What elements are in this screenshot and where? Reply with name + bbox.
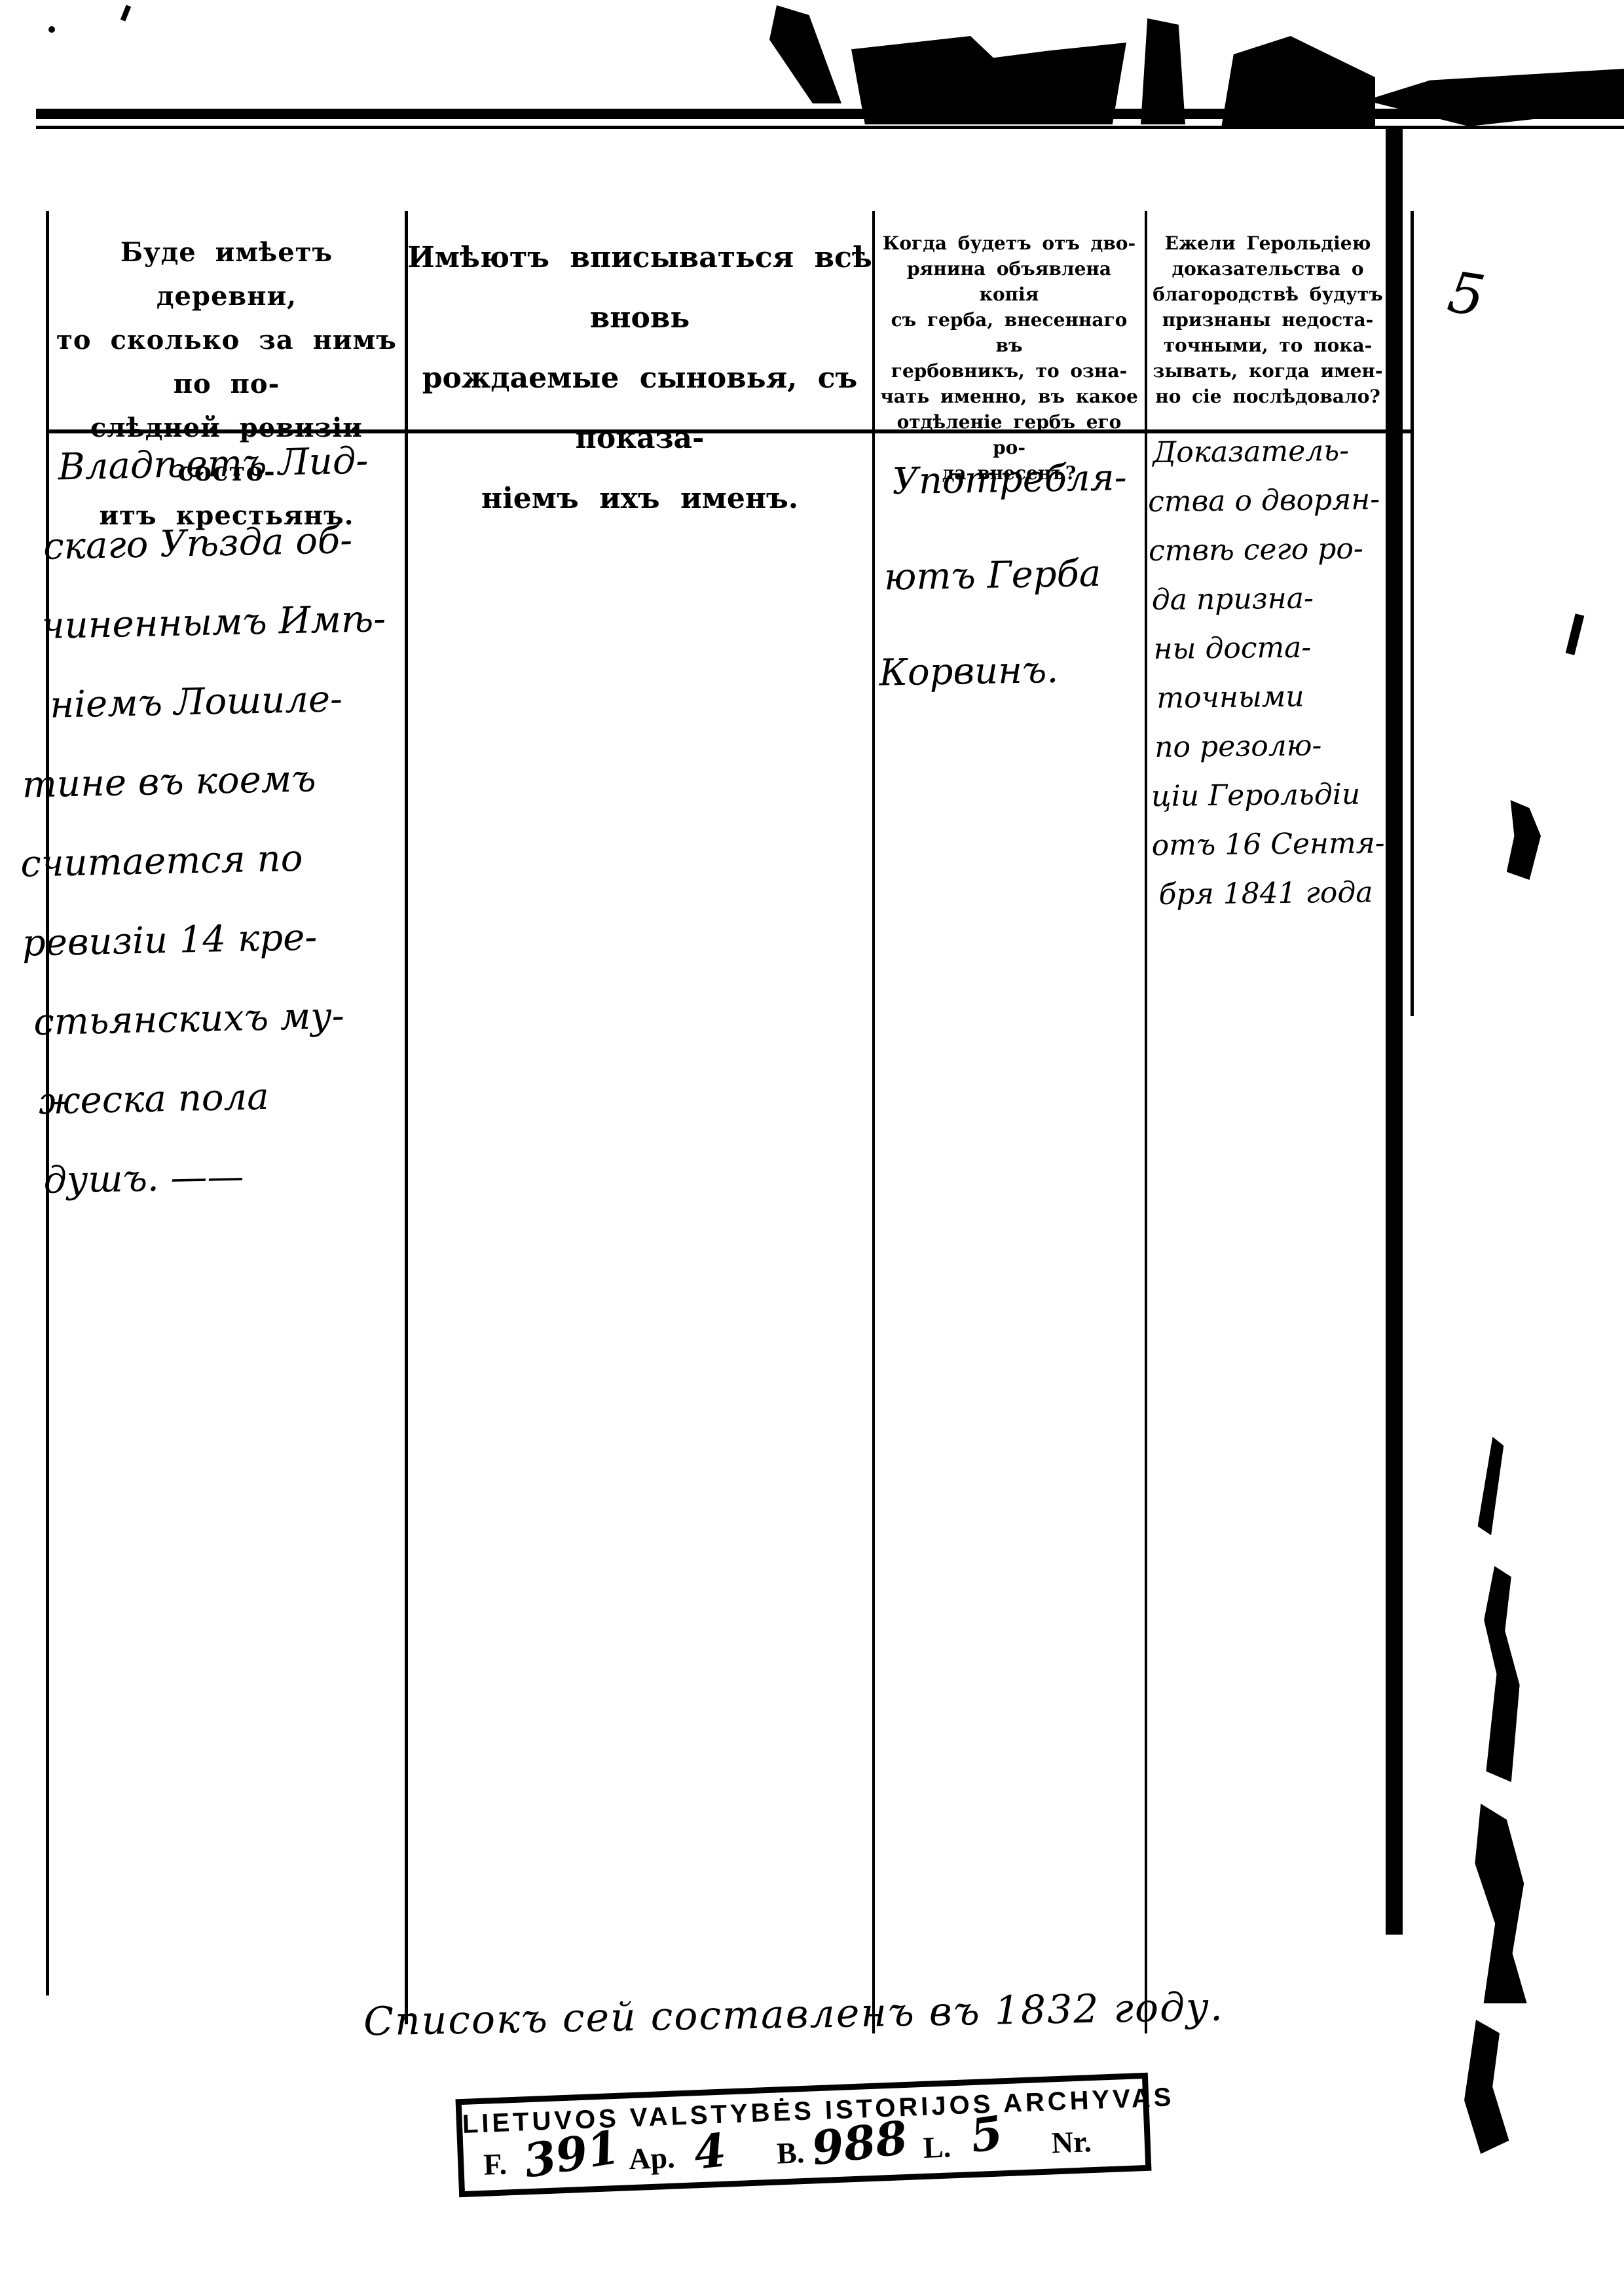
- ink-blot: [1477, 1436, 1509, 1537]
- handwritten-line: ревизіи 14 кре-: [22, 895, 442, 983]
- handwritten-line: точными: [1150, 671, 1412, 723]
- header-line: признаны недоста-: [1147, 307, 1388, 333]
- header-line: съ герба, внесеннаго въ: [877, 307, 1141, 358]
- handwritten-line: отъ 16 Сентя-: [1151, 818, 1414, 870]
- stamp-label-ap: Ap.: [628, 2140, 675, 2177]
- column-header-sons: Имѣютъ вписываться всѣ вновь рождаемые с…: [407, 228, 872, 529]
- header-line: чать именно, въ какое: [877, 384, 1141, 409]
- handwritten-line: Доказатель-: [1147, 426, 1410, 477]
- column-separator-2: [872, 211, 875, 2033]
- handwritten-line: тине въ коемъ: [18, 737, 439, 824]
- handwritten-line: ны доста-: [1149, 622, 1412, 674]
- entry-coat-of-arms-text: Употребля- ютъ Герба Корвинъ.: [875, 429, 1155, 721]
- header-line: Когда будетъ отъ дво-: [877, 230, 1141, 256]
- header-line: рождаемые сыновья, съ показа-: [407, 348, 872, 469]
- handwritten-line: по резолю-: [1151, 720, 1413, 772]
- stamp-label-nr: Nr.: [1051, 2124, 1092, 2160]
- ink-blot: [120, 5, 131, 21]
- ink-blot: [48, 26, 55, 33]
- handwritten-line: ціи Герольдіи: [1151, 769, 1414, 821]
- header-line: ніемъ ихъ именъ.: [407, 469, 872, 529]
- handwritten-line: бря 1841 года: [1152, 867, 1414, 919]
- header-line: но сіе послѣдовало?: [1147, 384, 1388, 409]
- handwritten-line: ютъ Герба: [877, 525, 1153, 625]
- ink-blot: [1503, 800, 1541, 880]
- handwritten-line: скаго Уѣзда об-: [13, 499, 434, 587]
- handwritten-line: Употребля-: [875, 429, 1151, 530]
- header-line: зывать, когда имен-: [1147, 358, 1388, 384]
- header-line: благородствѣ будутъ: [1147, 282, 1388, 307]
- archive-stamp: LIETUVOS VALSTYBĖS ISTORIJOS ARCHYVAS F.…: [456, 2073, 1152, 2198]
- header-line: доказательства о: [1147, 256, 1388, 282]
- entry-villages-text: Владѣетъ Лид- скаго Уѣзда об- чиненнымъ …: [11, 420, 447, 1220]
- header-line: гербовникъ, то озна-: [877, 358, 1141, 384]
- handwritten-line: да призна-: [1149, 573, 1411, 625]
- handwritten-line: жеска пола: [25, 1053, 445, 1141]
- stamp-label-l: L.: [923, 2129, 951, 2165]
- handwritten-line: чиненнымъ Имѣ-: [14, 578, 435, 666]
- handwritten-line: стьянскихъ му-: [23, 974, 443, 1062]
- ink-blot: [1566, 613, 1585, 655]
- handwritten-line: ствѣ сего ро-: [1149, 524, 1411, 575]
- stamp-label-f: F.: [483, 2146, 507, 2181]
- header-line: Ежели Герольдіею: [1147, 230, 1388, 256]
- ink-blot: [1472, 1804, 1530, 2003]
- stamp-value-apyrasas: 4: [692, 2123, 729, 2180]
- header-line: точными, то пока-: [1147, 333, 1388, 358]
- header-line: рянина объявлена копія: [877, 256, 1141, 307]
- scanned-archive-document: 5 Буде имѣетъ деревни, то сколько за ним…: [0, 0, 1624, 2296]
- ink-blot: [769, 5, 841, 103]
- top-rule-thick: [36, 109, 1624, 119]
- ink-blot: [1482, 1566, 1524, 1782]
- handwritten-line: Корвинъ.: [878, 621, 1154, 721]
- folio-number: 5: [1444, 259, 1490, 329]
- handwritten-line: душъ. ——: [26, 1133, 447, 1220]
- header-line: Буде имѣетъ деревни,: [47, 230, 406, 318]
- compilation-note: Списокъ сей составленъ въ 1832 году.: [363, 1984, 1224, 2045]
- handwritten-line: считается по: [20, 816, 440, 903]
- entry-heraldry-text: Доказатель- ства о дворян- ствѣ сего ро-…: [1147, 426, 1414, 919]
- handwritten-line: ства о дворян-: [1148, 475, 1411, 526]
- handwritten-line: ніемъ Лошиле-: [16, 657, 437, 745]
- column-header-heraldry-proofs: Ежели Герольдіею доказательства о благор…: [1147, 230, 1388, 409]
- ink-blot: [1464, 2020, 1511, 2154]
- stamp-label-b: B.: [776, 2135, 805, 2171]
- stamp-value-byla: 988: [809, 2110, 910, 2176]
- header-line: то сколько за нимъ по по-: [47, 318, 406, 406]
- header-line: Имѣютъ вписываться всѣ вновь: [407, 228, 872, 348]
- handwritten-line: Владѣетъ Лид-: [11, 420, 432, 507]
